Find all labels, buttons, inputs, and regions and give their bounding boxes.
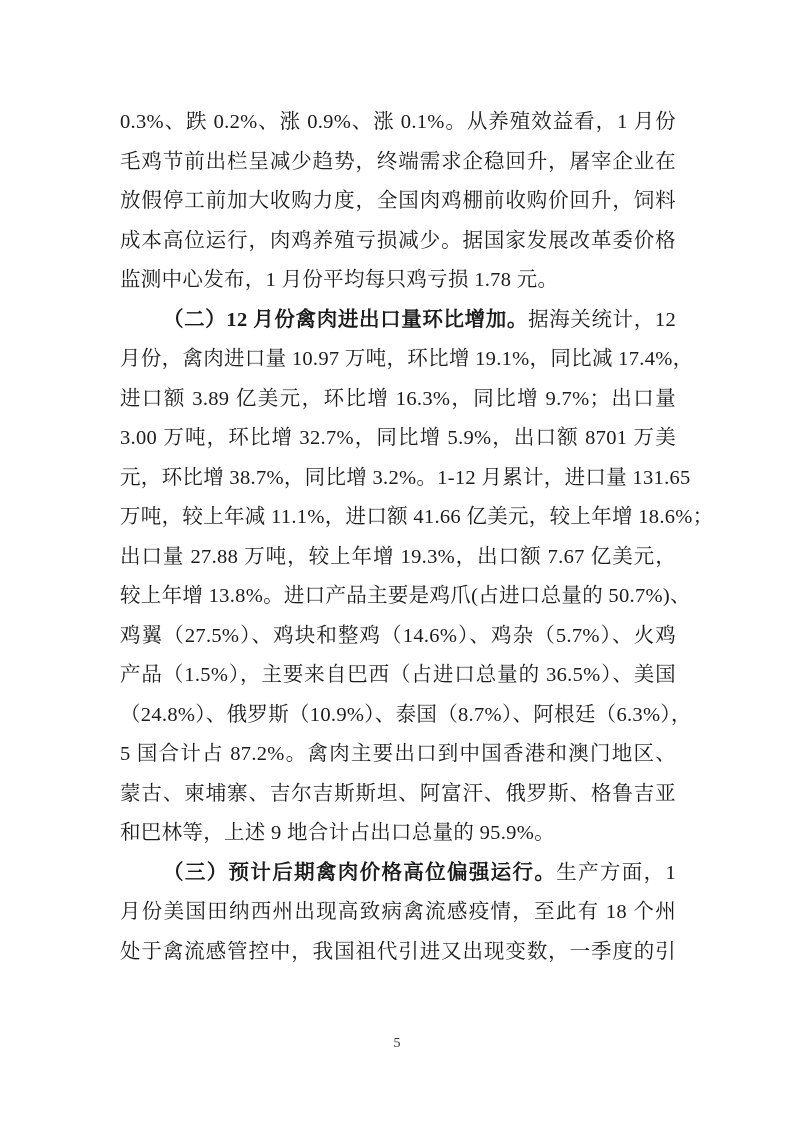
- heading-run: （三）预计后期禽肉价格高位偏强运行。: [163, 862, 556, 884]
- text-line: 放假停工前加大收购力度，全国肉鸡棚前收购价回升，饲料: [120, 182, 676, 222]
- text-line: 万吨，较上年减 11.1%，进口额 41.66 亿美元，较上年增 18.6%；: [120, 498, 676, 538]
- document-body: 0.3%、跌 0.2%、涨 0.9%、涨 0.1%。从养殖效益看，1 月份毛鸡节…: [120, 103, 676, 972]
- text-run: （24.8%）、俄罗斯（10.9%）、泰国（8.7%）、阿根廷（6.3%），: [120, 704, 692, 726]
- text-run: 较上年增 13.8%。进口产品主要是鸡爪(占进口总量的 50.7%)、: [120, 585, 691, 607]
- text-run: 月份，禽肉进口量 10.97 万吨，环比增 19.1%，同比减 17.4%，: [120, 348, 693, 370]
- text-run: 月份美国田纳西州出现高致病禽流感疫情，至此有 18 个州: [120, 901, 676, 923]
- text-run: 产品（1.5%），主要来自巴西（占进口总量的 36.5%）、美国: [120, 664, 676, 686]
- text-run: 进口额 3.89 亿美元，环比增 16.3%，同比增 9.7%；出口量: [120, 388, 676, 410]
- text-line: 3.00 万吨，环比增 32.7%，同比增 5.9%，出口额 8701 万美: [120, 419, 676, 459]
- heading-run: （二）12 月份禽肉进出口量环比增加。: [163, 309, 528, 331]
- text-run: 3.00 万吨，环比增 32.7%，同比增 5.9%，出口额 8701 万美: [120, 427, 676, 449]
- text-line: （二）12 月份禽肉进出口量环比增加。据海关统计，12: [120, 301, 676, 341]
- text-run: 处于禽流感管控中，我国祖代引进又出现变数，一季度的引: [120, 941, 676, 963]
- text-line: 成本高位运行，肉鸡养殖亏损减少。据国家发展改革委价格: [120, 222, 676, 262]
- text-line: 产品（1.5%），主要来自巴西（占进口总量的 36.5%）、美国: [120, 656, 676, 696]
- text-run: 鸡翼（27.5%）、鸡块和整鸡（14.6%）、鸡杂（5.7%）、火鸡: [120, 625, 676, 647]
- page-number: 5: [0, 1036, 794, 1052]
- text-line: 5 国合计占 87.2%。禽肉主要出口到中国香港和澳门地区、: [120, 735, 676, 775]
- text-line: 0.3%、跌 0.2%、涨 0.9%、涨 0.1%。从养殖效益看，1 月份: [120, 103, 676, 143]
- text-run: 监测中心发布，1 月份平均每只鸡亏损 1.78 元。: [120, 269, 558, 291]
- text-line: 月份，禽肉进口量 10.97 万吨，环比增 19.1%，同比减 17.4%，: [120, 340, 676, 380]
- text-line: 和巴林等，上述 9 地合计占出口总量的 95.9%。: [120, 814, 676, 854]
- text-line: （24.8%）、俄罗斯（10.9%）、泰国（8.7%）、阿根廷（6.3%），: [120, 696, 676, 736]
- text-line: 进口额 3.89 亿美元，环比增 16.3%，同比增 9.7%；出口量: [120, 380, 676, 420]
- text-run: 和巴林等，上述 9 地合计占出口总量的 95.9%。: [120, 822, 555, 844]
- text-line: 元，环比增 38.7%，同比增 3.2%。1-12 月累计，进口量 131.65: [120, 459, 676, 499]
- text-line: 出口量 27.88 万吨，较上年增 19.3%，出口额 7.67 亿美元，: [120, 538, 676, 578]
- document-page: 0.3%、跌 0.2%、涨 0.9%、涨 0.1%。从养殖效益看，1 月份毛鸡节…: [0, 0, 794, 1123]
- text-run: 放假停工前加大收购力度，全国肉鸡棚前收购价回升，饲料: [120, 190, 676, 212]
- text-run: 成本高位运行，肉鸡养殖亏损减少。据国家发展改革委价格: [120, 230, 676, 252]
- text-run: 蒙古、柬埔寨、吉尔吉斯斯坦、阿富汗、俄罗斯、格鲁吉亚: [120, 783, 676, 805]
- text-line: 处于禽流感管控中，我国祖代引进又出现变数，一季度的引: [120, 933, 676, 973]
- text-line: 鸡翼（27.5%）、鸡块和整鸡（14.6%）、鸡杂（5.7%）、火鸡: [120, 617, 676, 657]
- text-run: 5 国合计占 87.2%。禽肉主要出口到中国香港和澳门地区、: [120, 743, 676, 765]
- text-run: 出口量 27.88 万吨，较上年增 19.3%，出口额 7.67 亿美元，: [120, 546, 676, 568]
- text-line: 蒙古、柬埔寨、吉尔吉斯斯坦、阿富汗、俄罗斯、格鲁吉亚: [120, 775, 676, 815]
- text-run: 万吨，较上年减 11.1%，进口额 41.66 亿美元，较上年增 18.6%；: [120, 506, 713, 528]
- text-line: 监测中心发布，1 月份平均每只鸡亏损 1.78 元。: [120, 261, 676, 301]
- text-run: 元，环比增 38.7%，同比增 3.2%。1-12 月累计，进口量 131.65: [120, 467, 691, 489]
- text-run: 0.3%、跌 0.2%、涨 0.9%、涨 0.1%。从养殖效益看，1 月份: [120, 111, 676, 133]
- text-line: 较上年增 13.8%。进口产品主要是鸡爪(占进口总量的 50.7%)、: [120, 577, 676, 617]
- text-run: 毛鸡节前出栏呈减少趋势，终端需求企稳回升，屠宰企业在: [120, 151, 676, 173]
- text-line: （三）预计后期禽肉价格高位偏强运行。生产方面，1: [120, 854, 676, 894]
- text-line: 毛鸡节前出栏呈减少趋势，终端需求企稳回升，屠宰企业在: [120, 143, 676, 183]
- text-run: 据海关统计，12: [528, 309, 676, 331]
- text-line: 月份美国田纳西州出现高致病禽流感疫情，至此有 18 个州: [120, 893, 676, 933]
- text-run: 生产方面，1: [556, 862, 676, 884]
